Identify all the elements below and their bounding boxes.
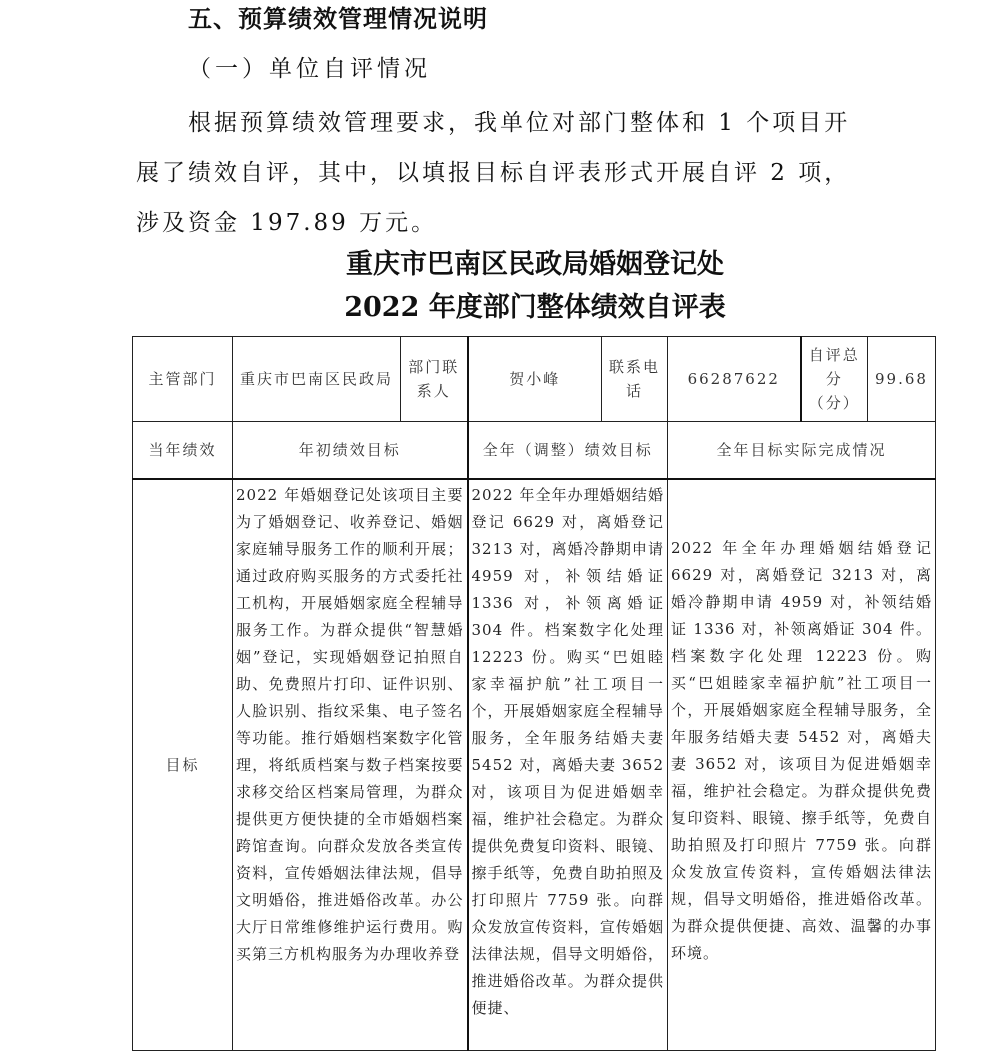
- performance-evaluation-table: 主管部门 重庆市巴南区民政局 部门联系人 贺小峰 联系电话 66287622 自…: [132, 336, 936, 1051]
- adjusted-goal-header: 全年（调整）绩效目标: [468, 422, 668, 479]
- intro-paragraph: 根据预算绩效管理要求，我单位对部门整体和 1 个项目开展了绩效自评，其中，以填报…: [136, 98, 876, 248]
- goal-row: 目标 2022 年婚姻登记处该项目主要为了婚姻登记、收养登记、婚姻家庭辅导服务工…: [133, 479, 936, 1051]
- subsection-heading: （一）单位自评情况: [188, 52, 431, 86]
- table-title-line1: 重庆市巴南区民政局婚姻登记处: [0, 246, 1000, 284]
- section-heading: 五、预算绩效管理情况说明: [188, 2, 488, 36]
- dept-value: 重庆市巴南区民政局: [233, 337, 401, 422]
- phone-label: 联系电话: [602, 337, 668, 422]
- score-label: 自评总分（分）: [801, 337, 868, 422]
- contact-label: 部门联系人: [401, 337, 468, 422]
- table-title-line2: 2022 年度部门整体绩效自评表: [0, 288, 1000, 328]
- actual-completion-text: 2022 年全年办理婚姻结婚登记 6629 对，离婚登记 3213 对，离婚冷静…: [668, 479, 936, 1051]
- column-header-row: 当年绩效 年初绩效目标 全年（调整）绩效目标 全年目标实际完成情况: [133, 422, 936, 479]
- actual-completion-header: 全年目标实际完成情况: [668, 422, 936, 479]
- initial-goal-text: 2022 年婚姻登记处该项目主要为了婚姻登记、收养登记、婚姻家庭辅导服务工作的顺…: [233, 479, 468, 1051]
- goal-label: 目标: [133, 479, 233, 1051]
- initial-goal-header: 年初绩效目标: [233, 422, 468, 479]
- adjusted-goal-text: 2022 年全年办理婚姻结婚登记 6629 对，离婚登记 3213 对，离婚冷静…: [468, 479, 668, 1051]
- dept-label: 主管部门: [133, 337, 233, 422]
- header-info-row: 主管部门 重庆市巴南区民政局 部门联系人 贺小峰 联系电话 66287622 自…: [133, 337, 936, 422]
- phone-value: 66287622: [668, 337, 801, 422]
- contact-value: 贺小峰: [468, 337, 602, 422]
- annual-performance-label: 当年绩效: [133, 422, 233, 479]
- score-value: 99.68: [868, 337, 936, 422]
